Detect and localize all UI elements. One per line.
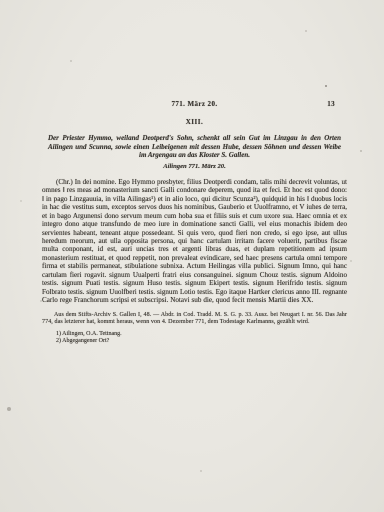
page-content: 771. März 20. 13 XIII. Der Priester Hymm… bbox=[42, 100, 347, 345]
footnote-block: 1) Ailingen, O.A. Tettnang. 2) Abgegange… bbox=[42, 331, 347, 345]
footnote-2: 2) Abgegangener Ort? bbox=[56, 338, 347, 345]
footnote-1: 1) Ailingen, O.A. Tettnang. bbox=[56, 331, 347, 338]
source-note: Aus dem Stifts-Archiv S. Gallen I, 48. —… bbox=[42, 312, 347, 326]
scanned-page: 771. März 20. 13 XIII. Der Priester Hymm… bbox=[0, 0, 384, 512]
dateline: Ailingen 771. März 20. bbox=[42, 163, 347, 170]
regest-summary: Der Priester Hymmo, weiland Deotperd's S… bbox=[42, 134, 347, 160]
running-head: 771. März 20. 13 bbox=[42, 100, 347, 110]
charter-number: XIII. bbox=[42, 118, 347, 126]
page-number: 13 bbox=[327, 100, 335, 108]
running-head-date: 771. März 20. bbox=[42, 100, 347, 108]
charter-text: (Chr.) In dei nomine. Ego Hymmo presbyte… bbox=[42, 178, 347, 305]
